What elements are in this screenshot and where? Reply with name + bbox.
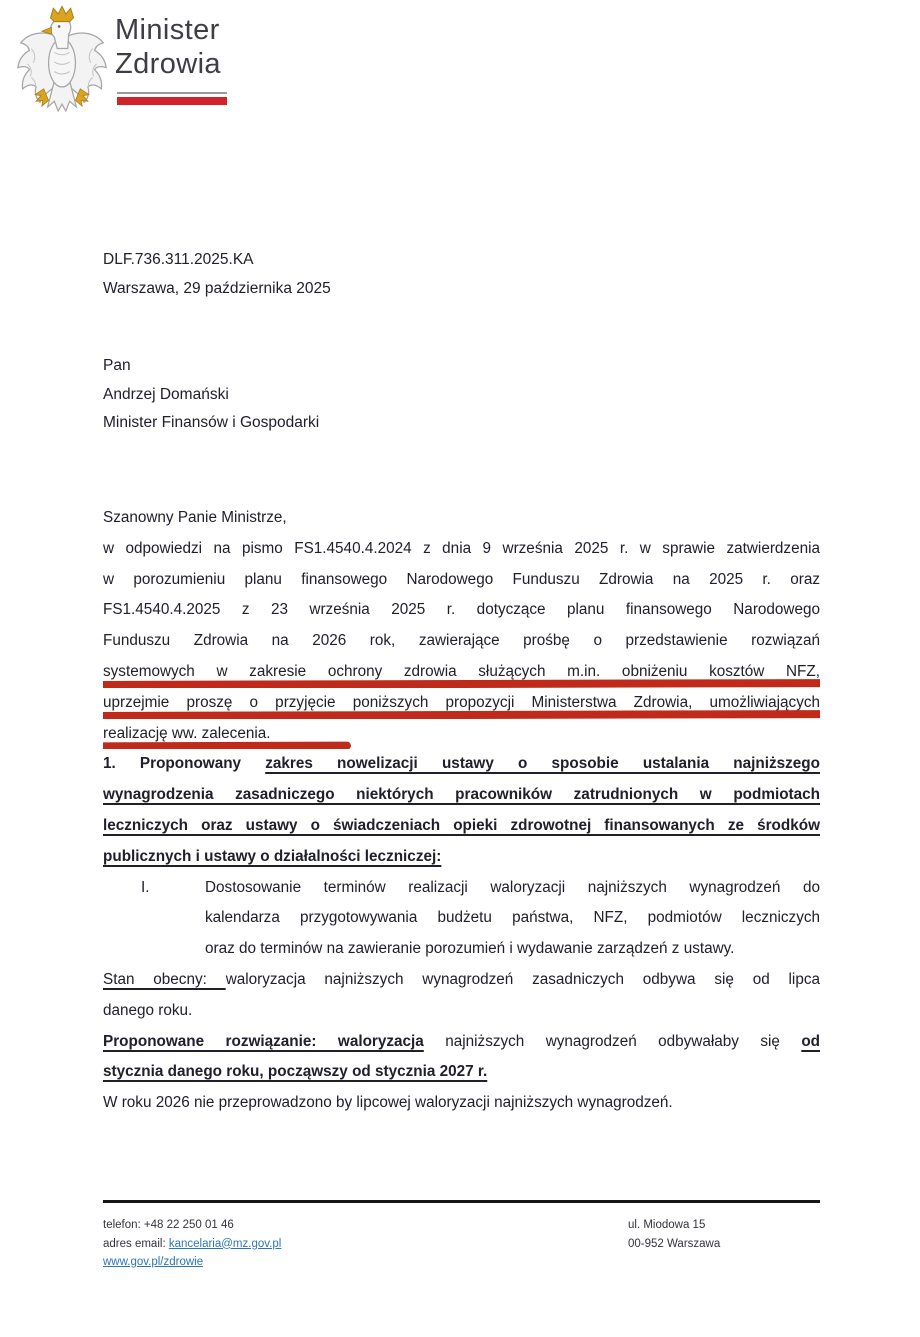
red-underline-annotation bbox=[103, 710, 820, 719]
text-segment: stycznia danego roku, począwszy od stycz… bbox=[103, 1063, 487, 1080]
place-and-date: Warszawa, 29 października 2025 bbox=[103, 275, 331, 304]
red-underline-annotation bbox=[103, 679, 820, 688]
body-line: Funduszu Zdrowia na 2026 rok, zawierając… bbox=[103, 626, 820, 657]
text-segment: Szanowny Panie Ministrze, bbox=[103, 509, 287, 526]
addressee-block: Pan Andrzej Domański Minister Finansów i… bbox=[103, 352, 319, 438]
text-segment: Stan obecny: bbox=[103, 971, 226, 988]
text-segment: leczniczych oraz ustawy o świadczeniach … bbox=[103, 817, 820, 834]
text-segment: w porozumieniu planu finansowego Narodow… bbox=[103, 571, 820, 588]
body-line: Stan obecny: waloryzacja najniższych wyn… bbox=[103, 965, 820, 996]
text-segment: najniższych wynagrodzeń odbywałaby się bbox=[424, 1033, 802, 1050]
text-segment: publicznych i ustawy o działalności lecz… bbox=[103, 848, 441, 865]
body-line: oraz do terminów na zawieranie porozumie… bbox=[103, 934, 820, 965]
body-line: W roku 2026 nie przeprowadzono by lipcow… bbox=[103, 1088, 820, 1119]
text-segment: Funduszu Zdrowia na 2026 rok, zawierając… bbox=[103, 632, 820, 649]
text-segment: oraz do terminów na zawieranie porozumie… bbox=[205, 940, 734, 957]
text-segment: kalendarza przygotowywania budżetu państ… bbox=[205, 909, 820, 926]
body-line: FS1.4540.4.2025 z 23 września 2025 r. do… bbox=[103, 595, 820, 626]
phone-text: telefon: +48 22 250 01 46 bbox=[103, 1216, 281, 1235]
website-link[interactable]: www.gov.pl/zdrowie bbox=[103, 1256, 203, 1268]
text-segment: wynagrodzenia zasadniczego niektórych pr… bbox=[103, 786, 820, 803]
body-line: uprzejmie proszę o przyjęcie poniższych … bbox=[103, 688, 820, 719]
address-line-2: 00-952 Warszawa bbox=[628, 1235, 720, 1254]
body-line: wynagrodzenia zasadniczego niektórych pr… bbox=[103, 780, 820, 811]
body-line: w porozumieniu planu finansowego Narodow… bbox=[103, 565, 820, 596]
text-segment: W roku 2026 nie przeprowadzono by lipcow… bbox=[103, 1094, 673, 1111]
body-line: Proponowane rozwiązanie: waloryzacja naj… bbox=[103, 1027, 820, 1058]
letter-page: Minister Zdrowia DLF.736.311.2025.KA War… bbox=[0, 0, 920, 1337]
ministry-name: Minister Zdrowia bbox=[115, 13, 221, 81]
body-line: w odpowiedzi na pismo FS1.4540.4.2024 z … bbox=[103, 534, 820, 565]
address-line-1: ul. Miodowa 15 bbox=[628, 1216, 720, 1235]
body-line: I.Dostosowanie terminów realizacji walor… bbox=[103, 873, 820, 904]
text-segment: w odpowiedzi na pismo FS1.4540.4.2024 z … bbox=[103, 540, 820, 557]
body-line: realizację ww. zalecenia. bbox=[103, 719, 820, 750]
polish-eagle-emblem-icon bbox=[14, 2, 110, 120]
email-link[interactable]: kancelaria@mz.gov.pl bbox=[169, 1238, 281, 1250]
red-underline-annotation bbox=[103, 741, 351, 749]
email-label: adres email: bbox=[103, 1238, 169, 1250]
ministry-name-line2: Zdrowia bbox=[115, 47, 221, 81]
gray-rule bbox=[117, 92, 227, 94]
ministry-name-line1: Minister bbox=[115, 13, 221, 47]
text-segment: realizację ww. zalecenia. bbox=[103, 725, 271, 742]
reference-block: DLF.736.311.2025.KA Warszawa, 29 paździe… bbox=[103, 246, 331, 303]
addressee-honorific: Pan bbox=[103, 352, 319, 381]
footer-contact: telefon: +48 22 250 01 46 adres email: k… bbox=[103, 1216, 281, 1272]
text-segment: FS1.4540.4.2025 z 23 września 2025 r. do… bbox=[103, 601, 820, 618]
footer-address: ul. Miodowa 15 00-952 Warszawa bbox=[628, 1216, 720, 1253]
body-line: 1. Proponowany zakres nowelizacji ustawy… bbox=[103, 749, 820, 780]
letter-body: Szanowny Panie Ministrze,w odpowiedzi na… bbox=[103, 503, 820, 1119]
text-segment: systemowych w zakresie ochrony zdrowia s… bbox=[103, 663, 820, 680]
list-marker: I. bbox=[141, 873, 150, 904]
logo-underline bbox=[117, 92, 227, 105]
text-segment: Proponowane rozwiązanie: waloryzacja bbox=[103, 1033, 424, 1050]
text-segment: od bbox=[801, 1033, 820, 1050]
body-line: danego roku. bbox=[103, 996, 820, 1027]
addressee-name: Andrzej Domański bbox=[103, 381, 319, 410]
text-segment: Dostosowanie terminów realizacji waloryz… bbox=[205, 879, 820, 896]
text-segment: zakres nowelizacji ustawy o sposobie ust… bbox=[265, 755, 820, 772]
addressee-position: Minister Finansów i Gospodarki bbox=[103, 409, 319, 438]
red-accent-bar bbox=[117, 97, 227, 105]
text-segment: danego roku. bbox=[103, 1002, 192, 1019]
text-segment: waloryzacja najniższych wynagrodzeń zasa… bbox=[226, 971, 820, 988]
body-line: systemowych w zakresie ochrony zdrowia s… bbox=[103, 657, 820, 688]
body-line: publicznych i ustawy o działalności lecz… bbox=[103, 842, 820, 873]
body-line: stycznia danego roku, począwszy od stycz… bbox=[103, 1057, 820, 1088]
text-segment: uprzejmie proszę o przyjęcie poniższych … bbox=[103, 694, 820, 711]
body-line: kalendarza przygotowywania budżetu państ… bbox=[103, 903, 820, 934]
email-line: adres email: kancelaria@mz.gov.pl bbox=[103, 1235, 281, 1254]
body-line: leczniczych oraz ustawy o świadczeniach … bbox=[103, 811, 820, 842]
text-segment: 1. Proponowany bbox=[103, 755, 265, 772]
reference-number: DLF.736.311.2025.KA bbox=[103, 246, 331, 275]
footer-divider bbox=[103, 1200, 820, 1203]
body-line: Szanowny Panie Ministrze, bbox=[103, 503, 820, 534]
